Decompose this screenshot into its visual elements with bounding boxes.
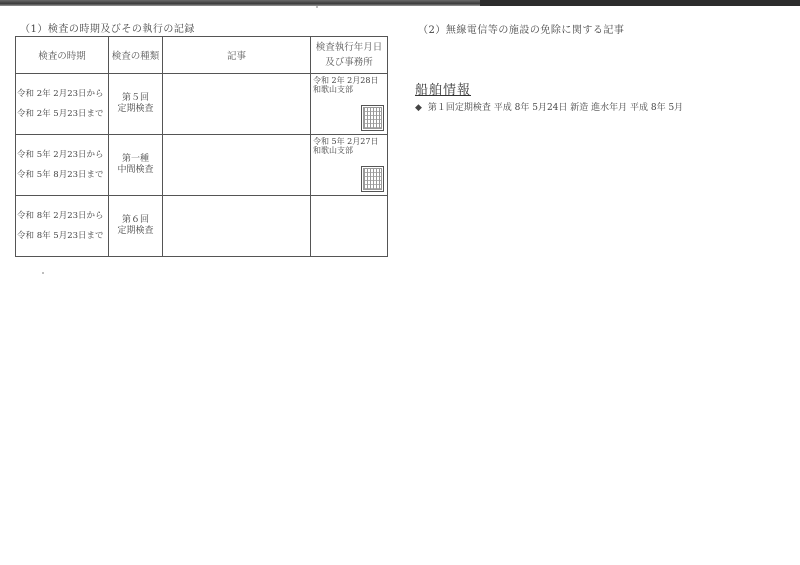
- section-2-title: （2）無線電信等の施設の免除に関する記事: [418, 21, 624, 36]
- exec-date: 令和 5年 2月27日: [313, 137, 387, 146]
- seal-icon: [361, 105, 384, 131]
- ship-info-title: 船舶情報: [415, 79, 471, 98]
- header-note: 記事: [163, 37, 311, 74]
- section-1-title: （1）検査の時期及びその執行の記録: [20, 20, 195, 35]
- type-line2: 中間検査: [109, 165, 162, 176]
- diamond-bullet-icon: ◆: [415, 103, 422, 113]
- exec-office: 和歌山支部: [313, 146, 387, 155]
- note-cell: [163, 135, 311, 196]
- period-cell: 令和 5年 2月23日から 令和 5年 8月23日まで: [16, 135, 109, 196]
- seal-icon: [361, 166, 384, 192]
- ship-info-line: ◆第１回定期検査 平成 8年 5月24日 新造 進水年月 平成 8年 5月: [415, 100, 683, 113]
- type-line2: 定期検査: [109, 104, 162, 115]
- header-exec: 検査執行年月日 及び事務所: [311, 37, 388, 74]
- period-to: 令和 8年 5月23日まで: [17, 226, 108, 246]
- period-from: 令和 5年 2月23日から: [17, 145, 108, 165]
- type-cell: 第６回 定期検査: [109, 196, 163, 257]
- ship-info-text: 第１回定期検査 平成 8年 5月24日 新造 進水年月 平成 8年 5月: [428, 103, 683, 113]
- type-cell: 第５回 定期検査: [109, 74, 163, 135]
- exec-cell: [311, 196, 388, 257]
- header-period: 検査の時期: [16, 37, 109, 74]
- type-cell: 第一種 中間検査: [109, 135, 163, 196]
- note-cell: [163, 74, 311, 135]
- scan-speck: [42, 272, 44, 274]
- table-header-row: 検査の時期 検査の種類 記事 検査執行年月日 及び事務所: [16, 37, 388, 74]
- table-row: 令和 2年 2月23日から 令和 2年 5月23日まで 第５回 定期検査 令和 …: [16, 74, 388, 135]
- exec-office: 和歌山支部: [313, 85, 387, 94]
- scan-speck: [316, 6, 318, 8]
- header-exec-line1: 検査執行年月日: [311, 40, 387, 55]
- exec-cell: 令和 5年 2月27日 和歌山支部: [311, 135, 388, 196]
- type-line1: 第一種: [109, 154, 162, 165]
- header-exec-line2: 及び事務所: [311, 55, 387, 70]
- table-row: 令和 8年 2月23日から 令和 8年 5月23日まで 第６回 定期検査: [16, 196, 388, 257]
- note-cell: [163, 196, 311, 257]
- period-to: 令和 2年 5月23日まで: [17, 104, 108, 124]
- period-cell: 令和 8年 2月23日から 令和 8年 5月23日まで: [16, 196, 109, 257]
- type-line1: 第６回: [109, 215, 162, 226]
- scan-top-edge-dark: [480, 0, 800, 6]
- exec-date: 令和 2年 2月28日: [313, 76, 387, 85]
- type-line1: 第５回: [109, 93, 162, 104]
- period-cell: 令和 2年 2月23日から 令和 2年 5月23日まで: [16, 74, 109, 135]
- type-line2: 定期検査: [109, 226, 162, 237]
- period-from: 令和 2年 2月23日から: [17, 84, 108, 104]
- table-row: 令和 5年 2月23日から 令和 5年 8月23日まで 第一種 中間検査 令和 …: [16, 135, 388, 196]
- exec-cell: 令和 2年 2月28日 和歌山支部: [311, 74, 388, 135]
- period-from: 令和 8年 2月23日から: [17, 206, 108, 226]
- period-to: 令和 5年 8月23日まで: [17, 165, 108, 185]
- header-type: 検査の種類: [109, 37, 163, 74]
- inspection-record-table: 検査の時期 検査の種類 記事 検査執行年月日 及び事務所 令和 2年 2月23日…: [15, 36, 388, 257]
